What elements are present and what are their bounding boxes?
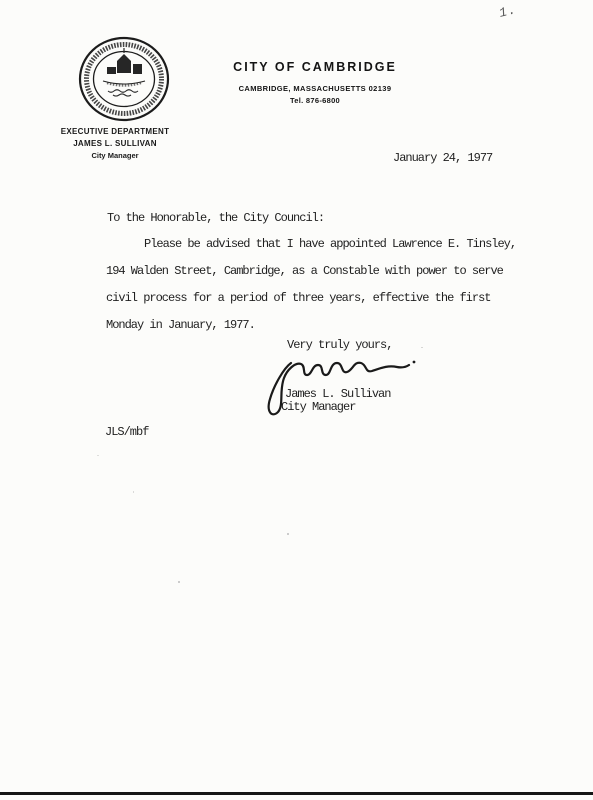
letterhead-title: CITY OF CAMBRIDGE — [165, 60, 465, 74]
scan-speck — [97, 455, 99, 456]
signature-typed-name: James L. Sullivan — [285, 387, 390, 401]
scan-speck — [421, 347, 423, 348]
officer-title: City Manager — [40, 151, 190, 160]
officer-name: JAMES L. SULLIVAN — [40, 139, 190, 148]
body-line: Monday in January, 1977. — [106, 312, 516, 339]
scan-bottom-edge — [0, 792, 593, 795]
letterhead-address: CAMBRIDGE, MASSACHUSETTS 02139 — [165, 84, 465, 93]
salutation: To the Honorable, the City Council: — [107, 211, 324, 225]
reference-initials: JLS/mbf — [105, 425, 148, 439]
department-block: EXECUTIVE DEPARTMENT JAMES L. SULLIVAN C… — [40, 127, 190, 160]
letter-date: January 24, 1977 — [393, 151, 492, 165]
scanned-letter-page: 1. CITY OF CAMBRIDGE CAMBRIDGE, MASSACHU… — [0, 0, 593, 800]
handwritten-page-number: 1. — [497, 2, 518, 21]
scan-speck — [178, 581, 180, 583]
letter-body: Please be advised that I have appointed … — [106, 231, 516, 339]
body-line: 194 Walden Street, Cambridge, as a Const… — [106, 258, 516, 285]
letterhead: CITY OF CAMBRIDGE CAMBRIDGE, MASSACHUSET… — [165, 60, 465, 105]
signature-typed-title: City Manager — [281, 400, 355, 414]
scan-speck — [287, 533, 289, 535]
scan-speck — [133, 491, 134, 493]
letterhead-phone: Tel. 876-6800 — [165, 96, 465, 105]
body-line: Please be advised that I have appointed … — [106, 231, 516, 258]
city-of-cambridge-seal-icon — [77, 36, 171, 124]
body-line: civil process for a period of three year… — [106, 285, 516, 312]
department-name: EXECUTIVE DEPARTMENT — [40, 127, 190, 136]
